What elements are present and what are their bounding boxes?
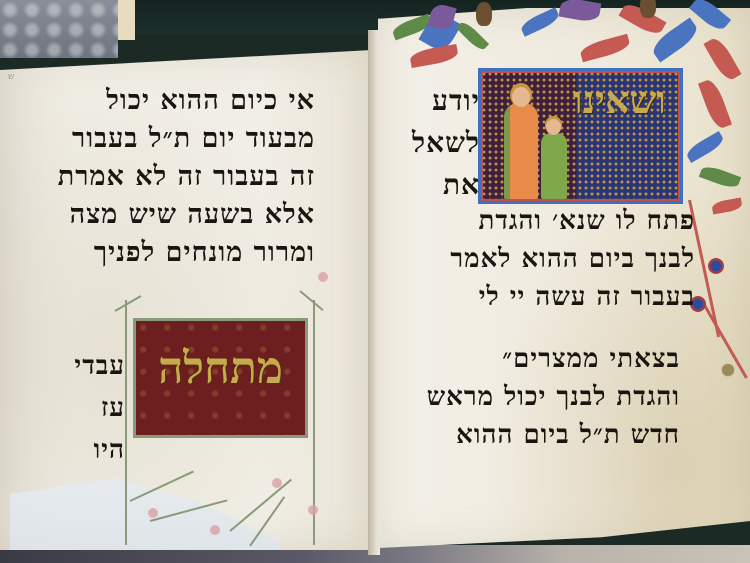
page-corner-mark: ש [8, 72, 14, 82]
side-word: עבדי [55, 345, 125, 387]
child-figure [541, 133, 567, 199]
text-line: זה בעבור זה לא אמרת [55, 158, 315, 196]
text-line: אי כיום ההוא יכול [55, 82, 315, 120]
left-page-text-block: אי כיום ההוא יכול מבעוד יום ת״ל בעבור זה… [55, 82, 315, 272]
bubble-wrap-background [0, 0, 118, 58]
text-line: והגדת לבנך יכול מראש [410, 378, 680, 416]
gold-initial-word: מתחלה [136, 343, 305, 394]
right-page-text-block: פתח לו שנא׳ והגדת לבנך ביום ההוא לאמר בע… [405, 202, 695, 316]
wooden-frame-strip [118, 0, 135, 40]
side-word: לשאל [395, 122, 480, 164]
text-line: בצאתי ממצרים״ [410, 340, 680, 378]
manuscript-photo: ש אי כיום ההוא יכול מבעוד יום ת״ל בעבור … [0, 0, 750, 563]
side-word: יודע [395, 80, 480, 122]
side-word: את [395, 164, 480, 206]
left-side-words: עבדי עז היו [55, 345, 125, 471]
right-top-side-words: יודע לשאל את [395, 80, 480, 206]
side-word: היו [55, 429, 125, 471]
text-line: בעבור זה עשה יי לי [405, 278, 695, 316]
text-line: אלא בשעה שיש מצה [55, 196, 315, 234]
decorated-word-panel-red: מתחלה [133, 318, 308, 438]
text-line: פתח לו שנא׳ והגדת [405, 202, 695, 240]
text-line: חדש ת״ל ביום ההוא [410, 416, 680, 454]
text-line: מבעוד יום ת״ל בעבור [55, 120, 315, 158]
text-line: לבנך ביום ההוא לאמר [405, 240, 695, 278]
gold-initial-word: ושאינו [521, 77, 666, 123]
text-line: ומרור מונחים לפניך [55, 234, 315, 272]
side-word: עז [55, 387, 125, 429]
right-page-text-block-lower: בצאתי ממצרים״ והגדת לבנך יכול מראש חדש ת… [410, 340, 680, 454]
decorated-word-panel-blue: ושאינו [478, 68, 683, 204]
